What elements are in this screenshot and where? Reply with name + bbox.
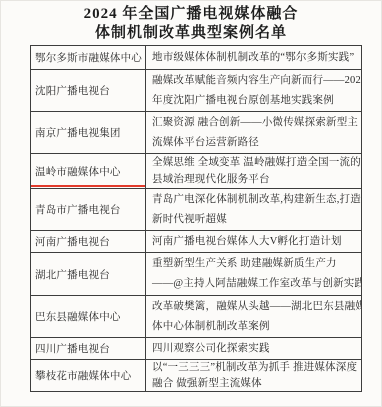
title-line-1: 2024 年全国广播电视媒体融合	[1, 5, 381, 24]
table-row: 四川广播电视台 四川观察公司化探索实践	[31, 338, 362, 360]
org-cell: 巴东县融媒体中心	[31, 296, 146, 338]
case-line: 新时代视听超媒	[152, 210, 359, 230]
case-cell: 地市级媒体体制机制改革的“鄂尔多斯实践”	[146, 46, 362, 70]
case-line: 河南广播电视台媒体人大V孵化打造计划	[152, 235, 359, 249]
case-cell: 全媒思维 全域变革 温岭融媒打造全国一流的 县域治理现代化服务平台	[146, 154, 362, 189]
org-cell: 四川广播电视台	[31, 338, 146, 360]
table-row: 鄂尔多斯市融媒体中心 地市级媒体体制机制改革的“鄂尔多斯实践”	[31, 46, 362, 70]
org-cell: 青岛市广播电视台	[31, 189, 146, 231]
org-name: 南京广播电视集团	[35, 125, 144, 140]
table-row: 青岛市广播电视台 青岛广电深化体制机制改革,构建新生态,打造 新时代视听超媒	[31, 189, 362, 231]
case-table: 鄂尔多斯市融媒体中心 地市级媒体体制机制改革的“鄂尔多斯实践” 沈阳广播电视台 …	[30, 45, 362, 392]
case-cell: 汇聚资源 融合创新——小微传媒探索新型主 流媒体平台运营新路径	[146, 112, 362, 154]
case-cell: 融媒改革赋能音频内容生产向新而行——2024 年度沈阳广播电视台原创基地实践案例	[146, 70, 362, 112]
org-name: 攀枝花市融媒体中心	[35, 368, 144, 383]
org-name: 青岛市广播电视台	[35, 202, 144, 217]
table-row: 湖北广播电视台 重塑新型生产关系 助建融媒新质生产力 ——@主持人阿喆融媒工作室…	[31, 253, 362, 296]
document-page: 2024 年全国广播电视媒体融合 体制机制改革典型案例名单 鄂尔多斯市融媒体中心…	[0, 0, 382, 407]
table-row: 沈阳广播电视台 融媒改革赋能音频内容生产向新而行——2024 年度沈阳广播电视台…	[31, 70, 362, 112]
org-cell: 南京广播电视集团	[31, 112, 146, 154]
case-line: 四川观察公司化探索实践	[152, 342, 359, 356]
org-cell: 沈阳广播电视台	[31, 70, 146, 112]
case-line: 全媒思维 全域变革 温岭融媒打造全国一流的	[152, 154, 359, 171]
case-cell: 青岛广电深化体制机制改革,构建新生态,打造 新时代视听超媒	[146, 189, 362, 231]
case-cell: 改革破樊篱，融媒从头越——湖北巴东县融媒 体中心体制机制改革案例	[146, 296, 362, 338]
table-row: 攀枝花市融媒体中心 以“一三三三”机制改革为抓手 推进媒体深度 融合 做强新型主…	[31, 360, 362, 392]
org-name: 湖北广播电视台	[35, 267, 144, 282]
case-cell: 以“一三三三”机制改革为抓手 推进媒体深度 融合 做强新型主流媒体	[146, 360, 362, 392]
case-cell: 重塑新型生产关系 助建融媒新质生产力 ——@主持人阿喆融媒工作室改革与创新实践	[146, 253, 362, 296]
title-line-2: 体制机制改革典型案例名单	[1, 24, 381, 43]
org-cell: 河南广播电视台	[31, 231, 146, 253]
case-line: 流媒体平台运营新路径	[152, 133, 359, 153]
case-line: 汇聚资源 融合创新——小微传媒探索新型主	[152, 113, 359, 133]
case-line: 以“一三三三”机制改革为抓手 推进媒体深度	[152, 360, 359, 376]
case-line: 重塑新型生产关系 助建融媒新质生产力	[152, 254, 359, 274]
table-row: 河南广播电视台 河南广播电视台媒体人大V孵化打造计划	[31, 231, 362, 253]
case-line: 青岛广电深化体制机制改革,构建新生态,打造	[152, 190, 359, 210]
org-cell: 温岭市融媒体中心	[31, 154, 146, 189]
table-row-highlighted: 温岭市融媒体中心 全媒思维 全域变革 温岭融媒打造全国一流的 县域治理现代化服务…	[31, 154, 362, 189]
table-row: 南京广播电视集团 汇聚资源 融合创新——小微传媒探索新型主 流媒体平台运营新路径	[31, 112, 362, 154]
org-cell: 湖北广播电视台	[31, 253, 146, 296]
case-line: 年度沈阳广播电视台原创基地实践案例	[152, 91, 359, 111]
case-line: 改革破樊篱，融媒从头越——湖北巴东县融媒	[152, 297, 359, 317]
document-title: 2024 年全国广播电视媒体融合 体制机制改革典型案例名单	[1, 1, 381, 43]
case-line: ——@主持人阿喆融媒工作室改革与创新实践	[152, 274, 359, 294]
case-line: 地市级媒体体制机制改革的“鄂尔多斯实践”	[152, 51, 359, 65]
case-line: 融媒改革赋能音频内容生产向新而行——2024	[152, 71, 359, 91]
org-name: 温岭市融媒体中心	[35, 164, 144, 179]
org-cell: 攀枝花市融媒体中心	[31, 360, 146, 392]
case-line: 县域治理现代化服务平台	[152, 171, 359, 188]
org-name: 沈阳广播电视台	[35, 83, 144, 98]
org-name: 鄂尔多斯市融媒体中心	[35, 50, 144, 65]
case-line: 体中心体制机制改革案例	[152, 317, 359, 337]
org-cell: 鄂尔多斯市融媒体中心	[31, 46, 146, 70]
case-cell: 四川观察公司化探索实践	[146, 338, 362, 360]
org-name: 巴东县融媒体中心	[35, 309, 144, 324]
case-cell: 河南广播电视台媒体人大V孵化打造计划	[146, 231, 362, 253]
table-row: 巴东县融媒体中心 改革破樊篱，融媒从头越——湖北巴东县融媒 体中心体制机制改革案…	[31, 296, 362, 338]
org-name: 四川广播电视台	[35, 341, 144, 356]
org-name: 河南广播电视台	[35, 234, 144, 249]
case-line: 融合 做强新型主流媒体	[152, 376, 359, 392]
